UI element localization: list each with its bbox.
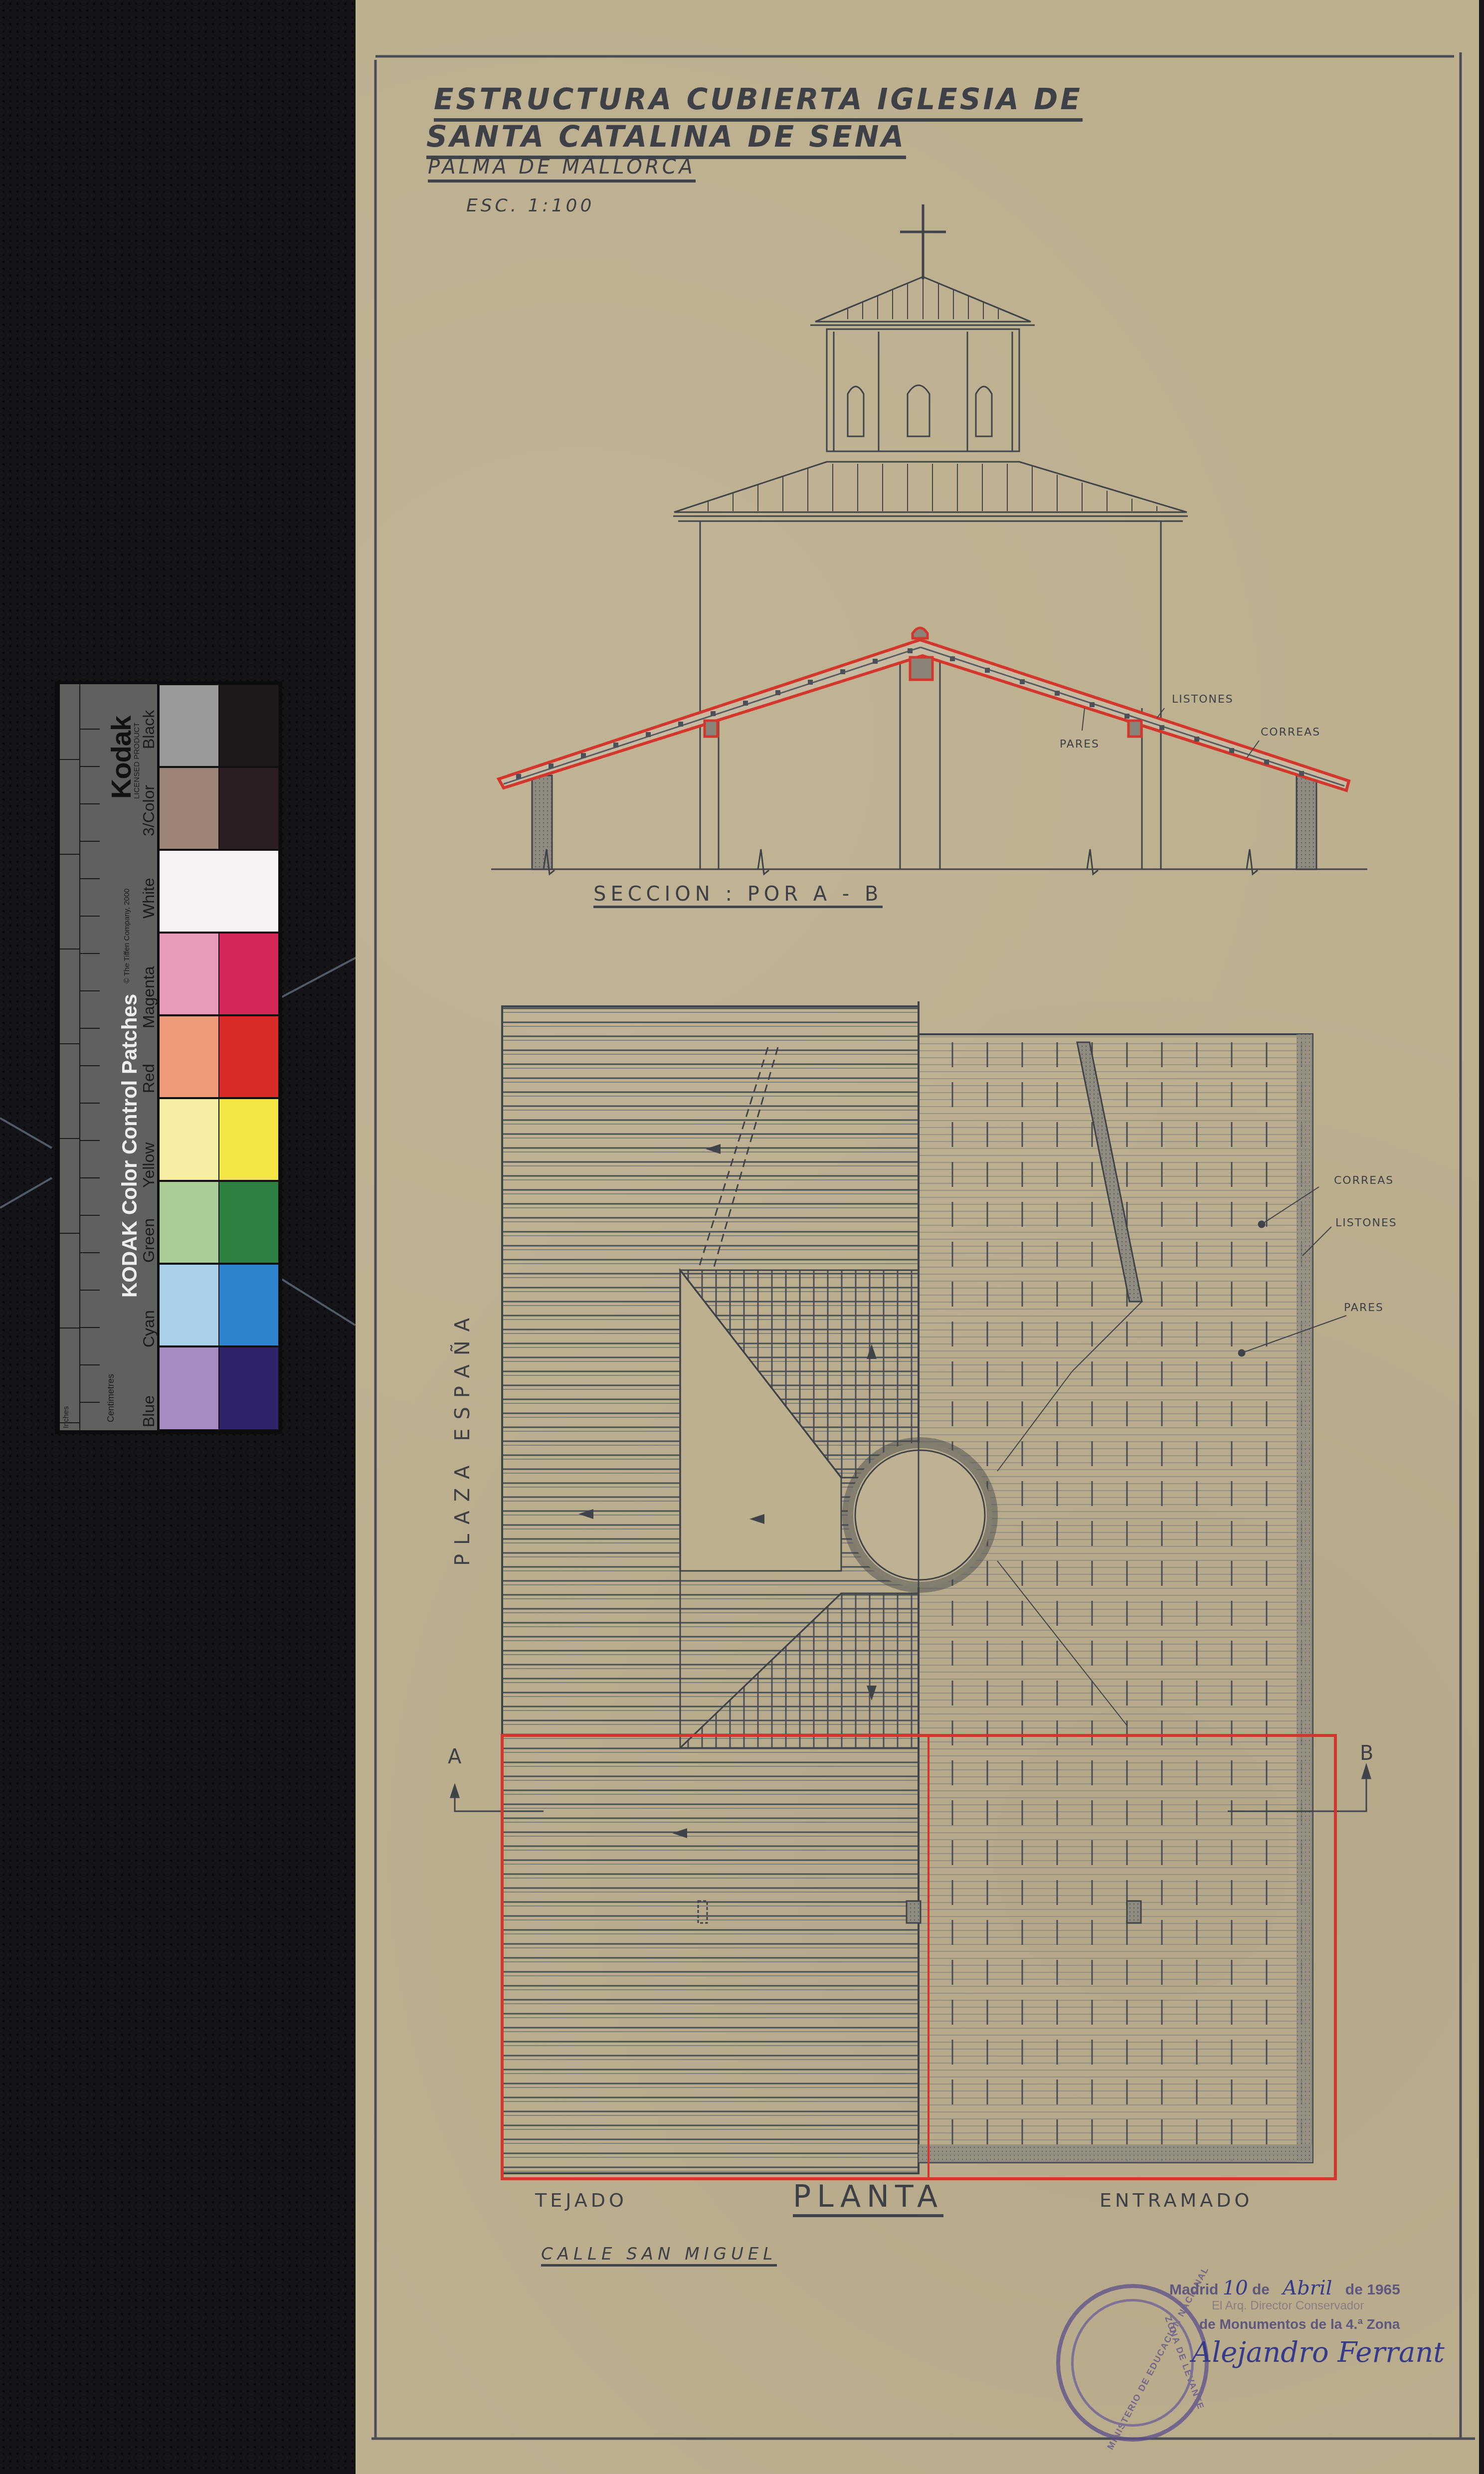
section-marker-b: B xyxy=(1360,1742,1376,1765)
roof-plan xyxy=(451,1001,1370,2173)
certification-office: de Monumentos de la 4.ª Zona xyxy=(1199,2316,1400,2332)
patch-label-white: White xyxy=(140,878,158,919)
patch-label-yellow: Yellow xyxy=(140,1142,158,1188)
patch-label-cyan: Cyan xyxy=(140,1310,158,1347)
patch-yellow-light xyxy=(159,1098,219,1181)
patch-label-3color: 3/Color xyxy=(140,785,158,836)
plan-label-entramado: ENTRAMADO xyxy=(1100,2189,1253,2211)
plan-label-tejado: TEJADO xyxy=(535,2189,627,2211)
patch-blue-dark xyxy=(218,1346,279,1430)
patch-green-dark xyxy=(218,1181,279,1264)
patch-white xyxy=(159,850,279,933)
patch-cyan-dark xyxy=(218,1264,279,1346)
patch-black-dark xyxy=(218,684,279,767)
title-line-1: ESTRUCTURA CUBIERTA IGLESIA DE xyxy=(434,82,1083,122)
section-label-correas: CORREAS xyxy=(1261,726,1320,739)
patch-3color-dark xyxy=(218,767,279,850)
date-place: Madrid xyxy=(1169,2282,1218,2298)
plan-label-correas: CORREAS xyxy=(1334,1174,1394,1187)
title-line-2: SANTA CATALINA DE SENA xyxy=(426,120,906,159)
kodak-copyright: © The Tiffen Company, 2000 xyxy=(123,889,131,983)
date-month: Abril xyxy=(1283,2277,1332,2299)
section-marker-a: A xyxy=(448,1745,464,1768)
certification-role: El Arq. Director Conservador xyxy=(1212,2299,1364,2313)
plan-caption: PLANTA xyxy=(793,2179,943,2217)
kodak-color-target: Inches Centimetres KODAK Color Control P… xyxy=(55,681,282,1434)
location-subtitle: PALMA DE MALLORCA xyxy=(428,156,696,183)
section-elevation xyxy=(491,204,1367,874)
kodak-patches xyxy=(159,684,279,1430)
ruler-units-inches: Inches xyxy=(62,1406,70,1428)
date-de-2: de xyxy=(1345,2282,1363,2298)
signature: Alejandro Ferrant xyxy=(1192,2336,1445,2369)
date-year: 1965 xyxy=(1367,2282,1400,2298)
plan-label-pares: PARES xyxy=(1344,1302,1384,1314)
date-day: 10 xyxy=(1223,2277,1248,2299)
plan-label-listones: LISTONES xyxy=(1335,1217,1397,1229)
official-stamp: MINISTERIO DE EDUCACION NACIONAL ZONA DE… xyxy=(1056,2284,1209,2442)
date-de-1: de xyxy=(1252,2282,1270,2298)
patch-label-red: Red xyxy=(140,1064,158,1093)
section-label-listones: LISTONES xyxy=(1172,693,1234,706)
certification-date-line: Madrid 10 de Abril de 1965 xyxy=(1169,2277,1400,2299)
patch-black-light xyxy=(159,684,219,767)
street-calle-san-miguel: CALLE SAN MIGUEL xyxy=(541,2244,777,2267)
patch-red-dark xyxy=(218,1015,279,1098)
kodak-ruler: Inches Centimetres KODAK Color Control P… xyxy=(60,684,157,1430)
kodak-title: KODAK Color Control Patches xyxy=(118,994,142,1298)
patch-cyan-light xyxy=(159,1264,219,1346)
street-plaza-espana: PLAZA ESPAÑA xyxy=(451,1309,474,1566)
patch-label-black: Black xyxy=(140,710,158,749)
patch-blue-light xyxy=(159,1346,219,1430)
patch-label-magenta: Magenta xyxy=(140,966,158,1028)
patch-green-light xyxy=(159,1181,219,1264)
patch-yellow-dark xyxy=(218,1098,279,1181)
patch-3color-light xyxy=(159,767,219,850)
patch-magenta-light xyxy=(159,933,219,1015)
section-caption: SECCION : POR A - B xyxy=(593,883,883,908)
patch-label-blue: Blue xyxy=(140,1395,158,1427)
patch-red-light xyxy=(159,1015,219,1098)
scale-label: ESC. 1:100 xyxy=(466,195,594,216)
patch-magenta-dark xyxy=(218,933,279,1015)
roof-section-red xyxy=(499,628,1349,790)
patch-label-green: Green xyxy=(140,1218,158,1263)
section-label-pares: PARES xyxy=(1060,738,1100,751)
ruler-units-cm: Centimetres xyxy=(106,1374,116,1422)
